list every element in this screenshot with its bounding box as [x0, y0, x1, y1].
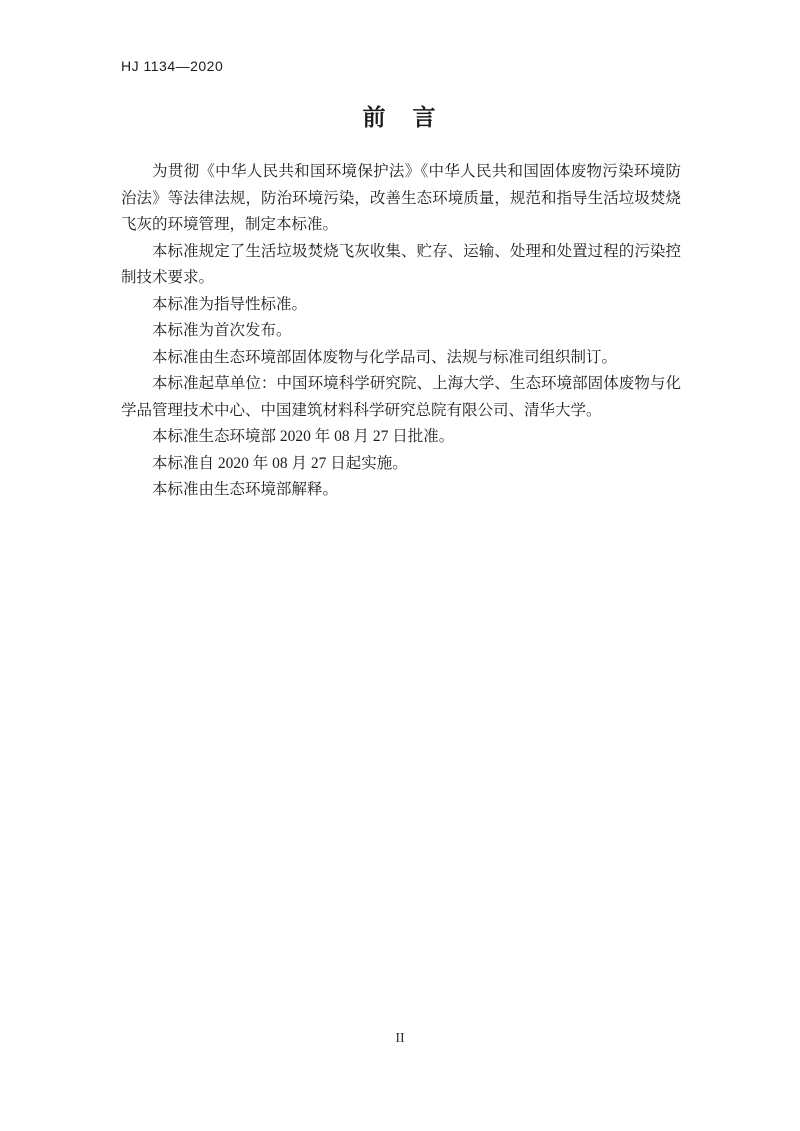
- paragraph-approval-date: 本标准生态环境部 2020 年 08 月 27 日批准。: [121, 424, 681, 451]
- paragraph-scope: 本标准规定了生活垃圾焚烧飞灰收集、贮存、运输、处理和处置过程的污染控制技术要求。: [121, 239, 681, 292]
- paragraph-guidance-nature: 本标准为指导性标准。: [121, 292, 681, 319]
- paragraph-organizers: 本标准由生态环境部固体废物与化学品司、法规与标准司组织制订。: [121, 345, 681, 372]
- paragraph-purpose: 为贯彻《中华人民共和国环境保护法》《中华人民共和国固体废物污染环境防治法》等法律…: [121, 159, 681, 239]
- document-body: 为贯彻《中华人民共和国环境保护法》《中华人民共和国固体废物污染环境防治法》等法律…: [121, 159, 681, 504]
- paragraph-implementation-date: 本标准自 2020 年 08 月 27 日起实施。: [121, 451, 681, 478]
- paragraph-drafting-units: 本标准起草单位：中国环境科学研究院、上海大学、生态环境部固体废物与化学品管理技术…: [121, 371, 681, 424]
- page-title: 前 言: [0, 99, 800, 132]
- standard-number-header: HJ 1134—2020: [121, 58, 223, 74]
- page-number: II: [0, 1031, 800, 1047]
- document-page: HJ 1134—2020 前 言 为贯彻《中华人民共和国环境保护法》《中华人民共…: [0, 0, 800, 1131]
- paragraph-first-release: 本标准为首次发布。: [121, 318, 681, 345]
- paragraph-interpretation: 本标准由生态环境部解释。: [121, 477, 681, 504]
